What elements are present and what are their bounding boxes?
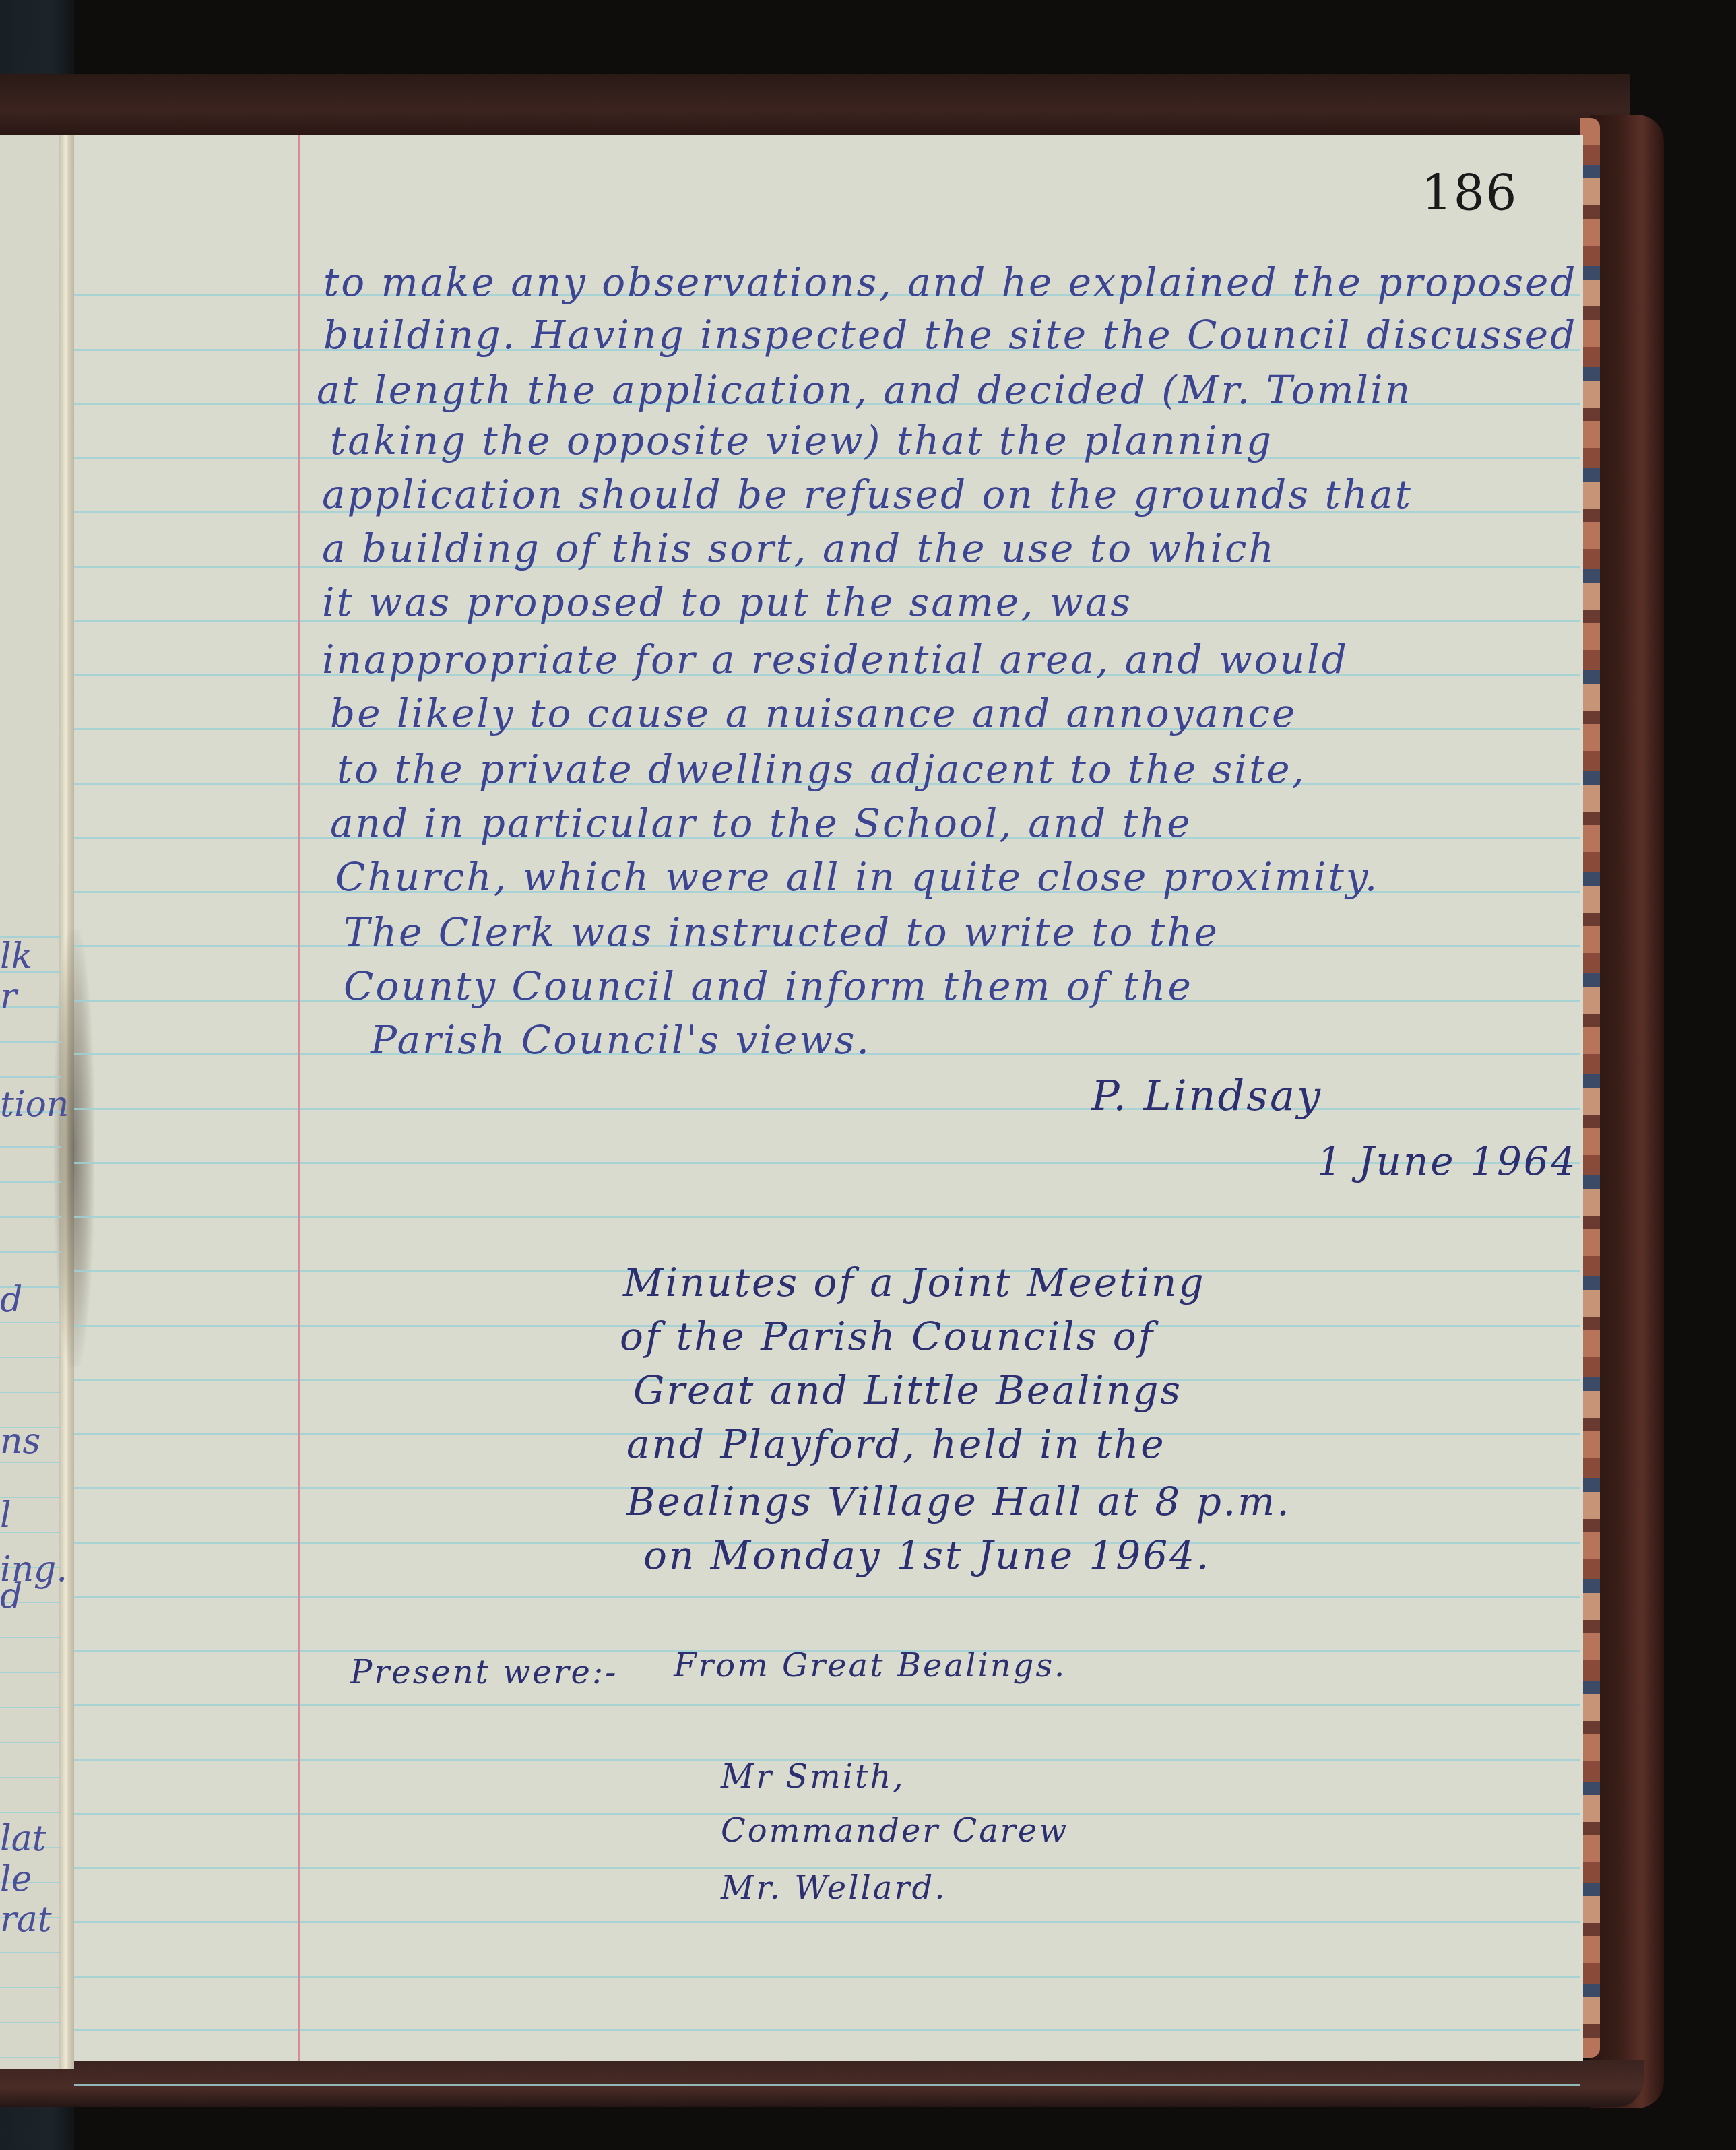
left-ruled-line xyxy=(0,2057,61,2058)
present-label: Present were:- xyxy=(350,1654,618,1691)
left-ruled-line xyxy=(0,1181,61,1183)
left-fragment: tion xyxy=(0,1084,69,1125)
ruled-line xyxy=(74,2029,1580,2031)
minutes-line: to the private dwellings adjacent to the… xyxy=(337,746,1306,792)
ruled-line xyxy=(74,2084,1580,2086)
minutes-line: it was proposed to put the same, was xyxy=(322,579,1132,625)
left-ruled-line xyxy=(0,1392,61,1393)
left-fragment: rat xyxy=(0,1899,52,1940)
left-ruled-line xyxy=(0,1357,61,1358)
heading-line: Great and Little Bealings xyxy=(633,1367,1182,1413)
binding-top-edge xyxy=(0,74,1630,135)
left-ruled-line xyxy=(0,1076,61,1078)
ruled-line xyxy=(74,1976,1580,1978)
ruled-line xyxy=(74,1596,1580,1598)
attendee: Mr. Wellard. xyxy=(721,1869,946,1907)
left-fragment: d xyxy=(0,1280,22,1320)
attendee: Commander Carew xyxy=(721,1812,1068,1850)
present-group: From Great Bealings. xyxy=(674,1647,1066,1685)
heading-line: of the Parish Councils of xyxy=(620,1313,1155,1359)
left-ruled-line xyxy=(0,1216,61,1218)
left-fragment: ns xyxy=(0,1421,40,1462)
page-number: 186 xyxy=(1421,165,1518,222)
heading-line: Bealings Village Hall at 8 p.m. xyxy=(626,1478,1291,1524)
left-fragment: lk xyxy=(0,936,32,977)
attendee: Mr Smith, xyxy=(721,1758,905,1796)
minutes-line: The Clerk was instructed to write to the xyxy=(344,909,1219,955)
chairman-signature: P. Lindsay xyxy=(1091,1071,1322,1120)
left-ruled-line xyxy=(0,1322,61,1323)
minutes-line: taking the opposite view) that the plann… xyxy=(330,418,1273,463)
left-ruled-line xyxy=(0,1952,61,1953)
left-ruled-line xyxy=(0,1041,61,1043)
minutes-line: Church, which were all in quite close pr… xyxy=(335,854,1379,900)
left-ruled-line xyxy=(0,2022,61,2023)
minutes-line: inappropriate for a residential area, an… xyxy=(322,637,1349,682)
binding-bottom-edge xyxy=(0,2060,1644,2107)
binding-right-edge xyxy=(1590,115,1664,2108)
left-ruled-line xyxy=(0,1637,61,1638)
minutes-line: to make any observations, and he explain… xyxy=(323,259,1577,305)
left-ruled-line xyxy=(0,1707,61,1708)
minutes-line: building. Having inspected the site the … xyxy=(323,312,1577,358)
left-ruled-line xyxy=(0,1777,61,1778)
signature-date: 1 June 1964 xyxy=(1317,1138,1578,1184)
minutes-line: be likely to cause a nuisance and annoya… xyxy=(330,690,1297,736)
minutes-line: at length the application, and decided (… xyxy=(317,367,1412,413)
gutter-stain xyxy=(54,930,94,1367)
heading-line: and Playford, held in the xyxy=(626,1421,1166,1467)
left-fragment: le xyxy=(0,1859,32,1899)
ruled-line xyxy=(74,1108,1580,1110)
margin-line xyxy=(298,135,300,2061)
ruled-line xyxy=(74,1704,1580,1706)
left-ruled-line xyxy=(0,1672,61,1673)
minutes-line: Parish Council's views. xyxy=(371,1017,871,1063)
left-ruled-line xyxy=(0,1146,61,1148)
left-ruled-line xyxy=(0,1251,61,1253)
minutes-line: County Council and inform them of the xyxy=(344,963,1193,1009)
left-ruled-line xyxy=(0,1462,61,1463)
ruled-line xyxy=(74,1216,1580,1218)
minutes-line: a building of this sort, and the use to … xyxy=(322,525,1276,571)
heading-line: Minutes of a Joint Meeting xyxy=(623,1260,1206,1305)
left-fragment: lat xyxy=(0,1819,46,1859)
left-fragment: r xyxy=(0,977,17,1017)
left-fragment: l xyxy=(0,1495,11,1536)
left-ruled-line xyxy=(0,1812,61,1813)
minutes-line: application should be refused on the gro… xyxy=(322,471,1413,517)
left-fragment: d xyxy=(0,1576,22,1617)
left-ruled-line xyxy=(0,1742,61,1743)
minutes-line: and in particular to the School, and the xyxy=(330,800,1192,846)
heading-line: on Monday 1st June 1964. xyxy=(643,1532,1211,1578)
ruled-line xyxy=(74,1921,1580,1923)
left-ruled-line xyxy=(0,1987,61,1988)
